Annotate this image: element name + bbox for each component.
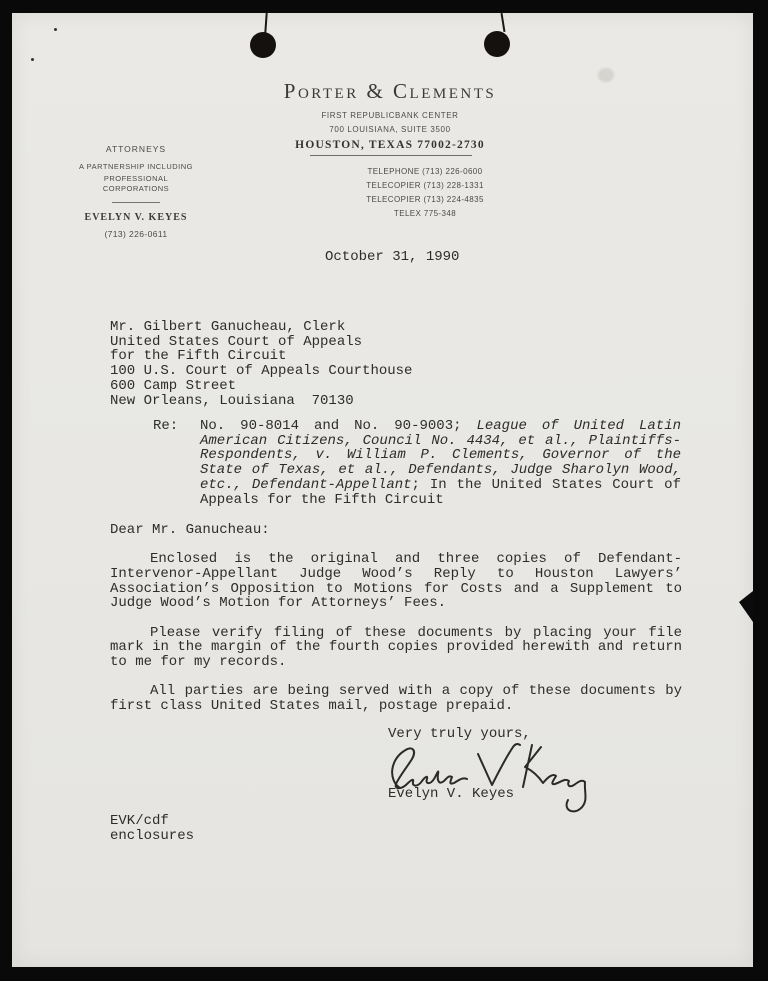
body-paragraph-1: Enclosed is the original and three copie… xyxy=(110,552,682,611)
punch-hole-right xyxy=(484,31,510,57)
letterhead-contact-block: TELEPHONE (713) 226-0600 TELECOPIER (713… xyxy=(350,165,500,221)
body-paragraph-3: All parties are being served with a copy… xyxy=(110,684,682,713)
re-text: No. 90-8014 and No. 90-9003; League of U… xyxy=(200,419,681,507)
handwritten-signature xyxy=(384,732,596,818)
typed-signature-name: Evelyn V. Keyes xyxy=(388,787,514,802)
telephone-line: TELEPHONE (713) 226-0600 xyxy=(350,165,500,179)
re-case-numbers: No. 90-8014 and No. 90-9003; xyxy=(200,418,476,434)
scanned-letter-page: Porter & Clements FIRST REPUBLICBANK CEN… xyxy=(0,0,768,981)
recipient-line: Mr. Gilbert Ganucheau, Clerk xyxy=(110,320,412,335)
recipient-line: for the Fifth Circuit xyxy=(110,349,412,364)
scan-smudge xyxy=(598,68,614,82)
re-label: Re: xyxy=(153,419,200,507)
partnership-line-2: PROFESSIONAL CORPORATIONS xyxy=(74,174,198,194)
firm-name: Porter & Clements xyxy=(240,79,540,104)
firm-building: FIRST REPUBLICBANK CENTER xyxy=(240,111,540,120)
telex-line: TELEX 775-348 xyxy=(350,207,500,221)
attorneys-label: ATTORNEYS xyxy=(74,144,198,154)
recipient-line: United States Court of Appeals xyxy=(110,335,412,350)
recipient-line: 600 Camp Street xyxy=(110,379,412,394)
recipient-line: 100 U.S. Court of Appeals Courthouse xyxy=(110,364,412,379)
letterhead-divider xyxy=(310,155,472,156)
salutation: Dear Mr. Ganucheau: xyxy=(110,523,682,538)
punch-hole-stem-left xyxy=(264,13,267,33)
firm-street: 700 LOUISIANA, SUITE 3500 xyxy=(240,125,540,134)
letter-paper: Porter & Clements FIRST REPUBLICBANK CEN… xyxy=(12,13,753,967)
enclosures-note: enclosures xyxy=(110,829,194,844)
letterhead-left-block: ATTORNEYS A PARTNERSHIP INCLUDING PROFES… xyxy=(74,144,198,239)
body-paragraph-2: Please verify filing of these documents … xyxy=(110,626,682,670)
scan-speck xyxy=(54,28,57,31)
punch-hole-left xyxy=(250,32,276,58)
scan-edge-mark xyxy=(739,591,753,622)
re-line: Re: No. 90-8014 and No. 90-9003; League … xyxy=(153,419,681,507)
attorney-phone: (713) 226-0611 xyxy=(74,229,198,239)
letter-date: October 31, 1990 xyxy=(325,250,459,265)
punch-hole-stem-right xyxy=(501,13,506,32)
telecopier-line-1: TELECOPIER (713) 228-1331 xyxy=(350,179,500,193)
attorney-name: EVELYN V. KEYES xyxy=(74,212,198,223)
reference-block: EVK/cdf enclosures xyxy=(110,814,194,843)
recipient-address: Mr. Gilbert Ganucheau, Clerk United Stat… xyxy=(110,320,412,408)
left-block-divider xyxy=(112,202,160,203)
firm-city: HOUSTON, TEXAS 77002-2730 xyxy=(240,139,540,151)
recipient-line: New Orleans, Louisiana 70130 xyxy=(110,394,412,409)
scan-speck xyxy=(31,58,34,61)
letter-body: Dear Mr. Ganucheau: Enclosed is the orig… xyxy=(110,523,682,714)
typist-initials: EVK/cdf xyxy=(110,814,194,829)
partnership-line-1: A PARTNERSHIP INCLUDING xyxy=(74,162,198,172)
letterhead: Porter & Clements FIRST REPUBLICBANK CEN… xyxy=(240,79,540,151)
telecopier-line-2: TELECOPIER (713) 224-4835 xyxy=(350,193,500,207)
